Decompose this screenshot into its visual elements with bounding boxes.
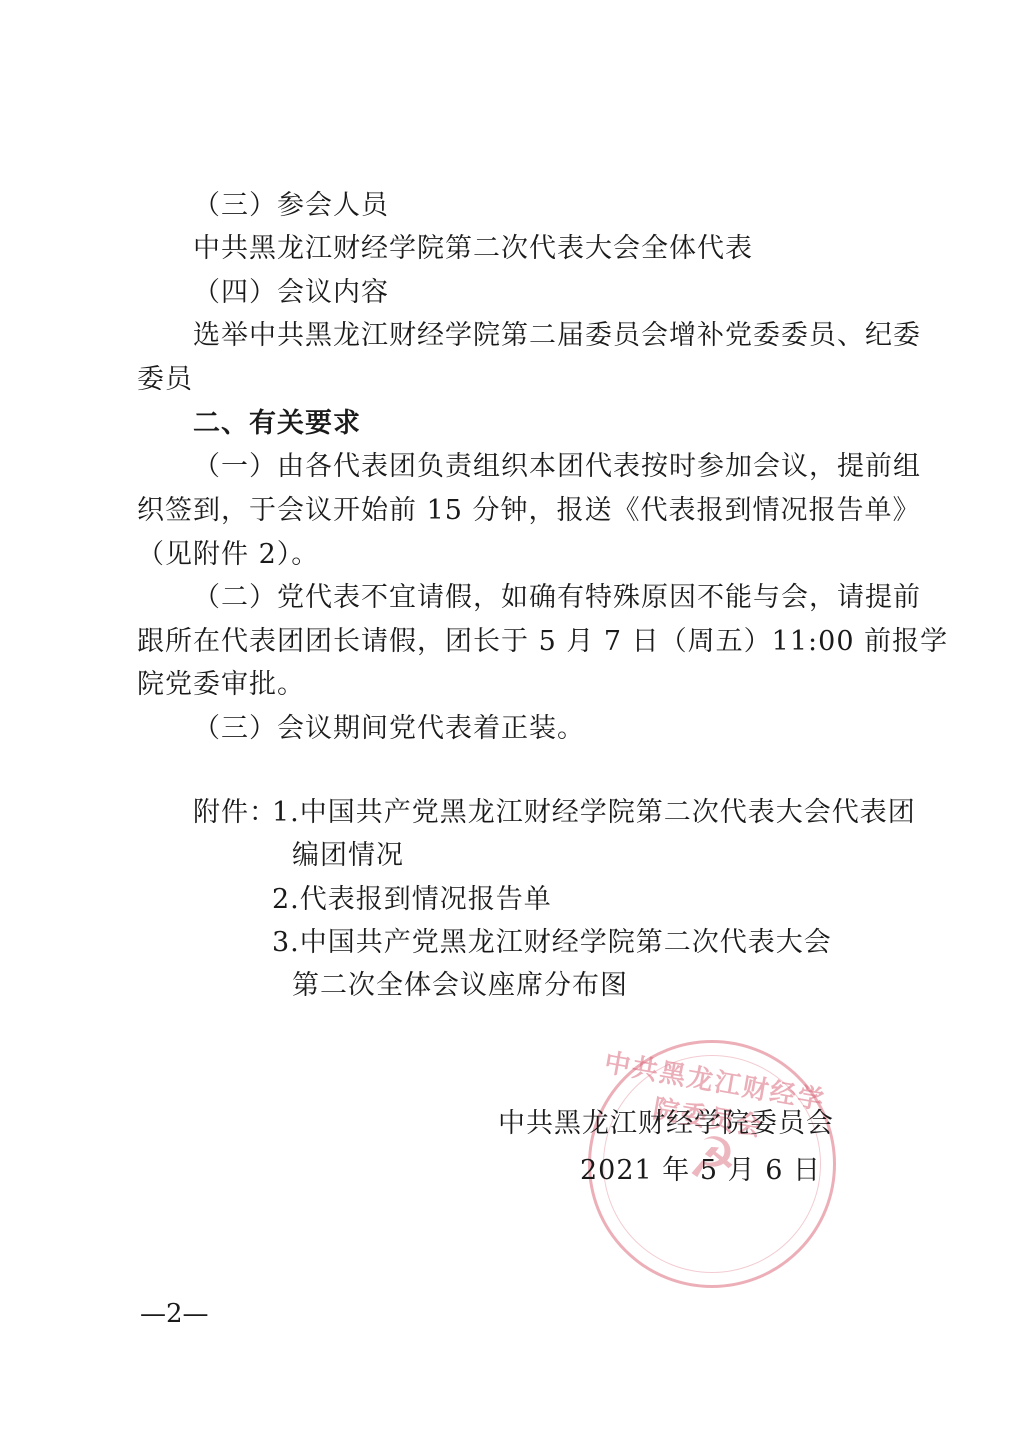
attachments-label: 附件： xyxy=(193,793,277,833)
attendees-text: 中共黑龙江财经学院第二次代表大会全体代表 xyxy=(193,229,753,269)
signature-date: 2021 年 5 月 6 日 xyxy=(580,1151,821,1191)
attachment-1-line-1: 1.中国共产党黑龙江财经学院第二次代表大会代表团 xyxy=(272,793,916,833)
attachment-3-line-1: 3.中国共产党黑龙江财经学院第二次代表大会 xyxy=(272,923,832,963)
section-requirements-heading: 二、有关要求 xyxy=(193,404,361,444)
content-text-line-1: 选举中共黑龙江财经学院第二届委员会增补党委委员、纪委 xyxy=(193,316,921,356)
page-number: —2— xyxy=(140,1296,209,1332)
requirement-2-line-2: 跟所在代表团团长请假，团长于 5 月 7 日（周五）11:00 前报学 xyxy=(137,622,948,662)
requirement-2-line-3: 院党委审批。 xyxy=(137,665,305,705)
signature-organization: 中共黑龙江财经学院委员会 xyxy=(498,1104,834,1144)
attachment-2-line-1: 2.代表报到情况报告单 xyxy=(272,880,552,920)
subsection-attendees-heading: （三）参会人员 xyxy=(193,186,389,226)
attachment-3-line-2: 第二次全体会议座席分布图 xyxy=(292,966,628,1006)
document-page: （三）参会人员 中共黑龙江财经学院第二次代表大会全体代表 （四）会议内容 选举中… xyxy=(0,0,1024,1448)
requirement-2-line-1: （二）党代表不宜请假，如确有特殊原因不能与会，请提前 xyxy=(193,578,921,618)
requirement-1-line-1: （一）由各代表团负责组织本团代表按时参加会议，提前组 xyxy=(193,447,921,487)
subsection-content-heading: （四）会议内容 xyxy=(193,273,389,313)
requirement-1-line-3: （见附件 2）。 xyxy=(137,535,319,575)
requirement-1-line-2: 织签到，于会议开始前 15 分钟，报送《代表报到情况报告单》 xyxy=(137,491,921,531)
requirement-3-line-1: （三）会议期间党代表着正装。 xyxy=(193,709,585,749)
content-text-line-2: 委员 xyxy=(137,360,193,400)
attachment-1-line-2: 编团情况 xyxy=(292,836,404,876)
